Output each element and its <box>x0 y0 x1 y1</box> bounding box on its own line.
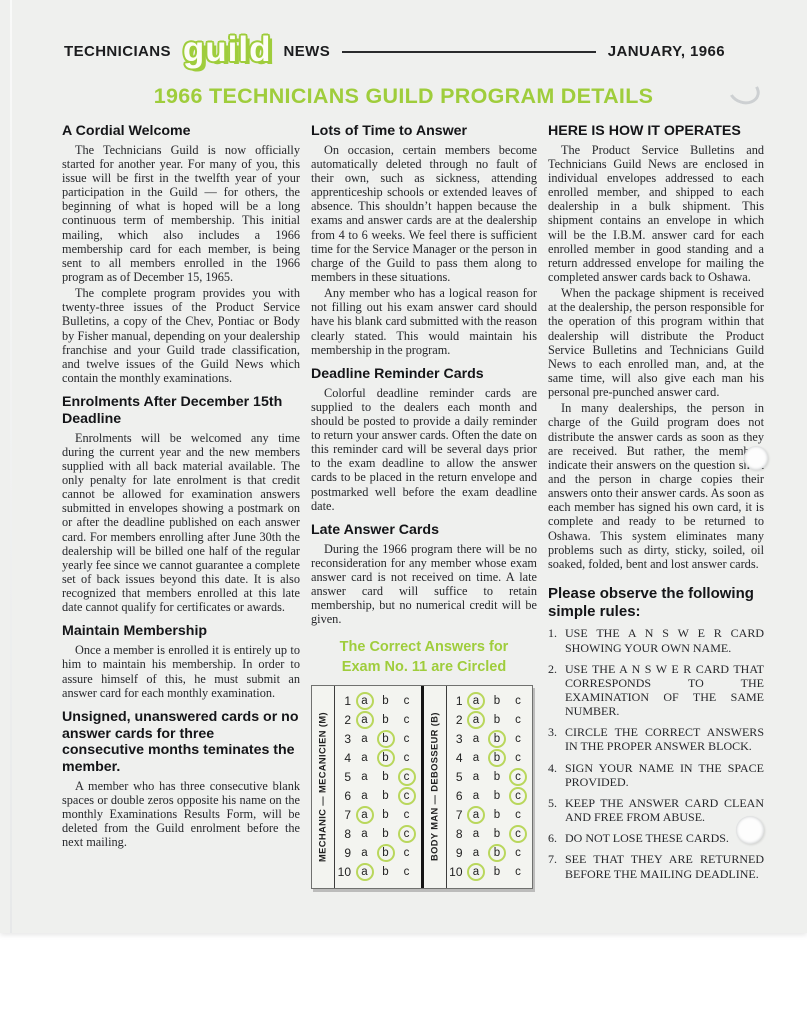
answer-option: c <box>508 752 529 764</box>
answer-option: a <box>466 692 487 710</box>
correct-answer-circle: b <box>377 749 395 767</box>
correct-answer-circle: b <box>488 749 506 767</box>
answer-row: 5abc <box>448 768 531 787</box>
answer-row: 10abc <box>336 863 419 882</box>
answer-letter: c <box>515 714 521 726</box>
answer-letter: a <box>473 771 479 783</box>
punch-hole-artifact <box>736 816 764 844</box>
correct-answer-circle: a <box>356 711 374 729</box>
answer-option: b <box>375 695 396 707</box>
answer-option: c <box>508 866 529 878</box>
answer-option: c <box>396 787 417 805</box>
answer-option: b <box>375 714 396 726</box>
answer-letter: c <box>404 714 410 726</box>
answer-option: c <box>396 714 417 726</box>
correct-answer-circle: c <box>398 768 416 786</box>
rule-number: 5. <box>548 796 565 824</box>
rule-number: 4. <box>548 761 565 789</box>
paragraph: The Technicians Guild is now officially … <box>62 143 300 284</box>
answer-option: c <box>508 695 529 707</box>
answer-block-label: MECHANIC — MECANICIEN (M) <box>312 686 334 888</box>
answer-letter: a <box>361 847 367 859</box>
answer-letter: c <box>404 809 410 821</box>
paper-crease <box>10 0 12 933</box>
answer-option: a <box>466 733 487 745</box>
answer-letter: c <box>404 752 410 764</box>
answer-letter: b <box>494 771 500 783</box>
answer-option: c <box>508 714 529 726</box>
correct-answer-circle: c <box>398 825 416 843</box>
rule-text: CIRCLE THE CORRECT ANSWERS IN THE PROPER… <box>565 725 764 753</box>
answer-letter: a <box>473 828 479 840</box>
rule-item: 2.USE THE A N S W E R CARD THAT CORRESPO… <box>548 662 764 719</box>
answers-heading: The Correct Answers for Exam No. 11 are … <box>311 638 537 677</box>
rule-number: 6. <box>548 831 565 845</box>
question-number: 4 <box>336 751 351 765</box>
rule-item: 3.CIRCLE THE CORRECT ANSWERS IN THE PROP… <box>548 725 764 753</box>
answer-option: a <box>354 771 375 783</box>
answer-option: a <box>354 863 375 881</box>
answer-letter: b <box>382 866 388 878</box>
masthead-news: NEWS <box>284 43 331 60</box>
answer-letter: b <box>494 809 500 821</box>
column-2: Lots of Time to AnswerOn occasion, certa… <box>311 123 537 889</box>
answer-option: b <box>487 828 508 840</box>
correct-answer-circle: c <box>398 787 416 805</box>
answer-letter: c <box>515 809 521 821</box>
answer-option: a <box>466 771 487 783</box>
answer-option: a <box>354 828 375 840</box>
answer-option: c <box>396 809 417 821</box>
masthead-date: JANUARY, 1966 <box>608 43 725 60</box>
page-title: 1966 TECHNICIANS GUILD PROGRAM DETAILS <box>0 84 807 109</box>
answer-option: a <box>466 847 487 859</box>
paragraph: A member who has three consecutive blank… <box>62 779 300 850</box>
columns-container: A Cordial WelcomeThe Technicians Guild i… <box>0 109 807 889</box>
answer-row: 6abc <box>336 787 419 806</box>
rule-item: 5.KEEP THE ANSWER CARD CLEAN AND FREE FR… <box>548 796 764 824</box>
answer-option: b <box>487 866 508 878</box>
question-number: 8 <box>336 827 351 841</box>
answer-option: c <box>396 866 417 878</box>
question-number: 6 <box>448 789 463 803</box>
question-number: 4 <box>448 751 463 765</box>
answer-row: 9abc <box>448 844 531 863</box>
answer-letter: c <box>515 847 521 859</box>
correct-answer-circle: a <box>467 863 485 881</box>
rule-text: SIGN YOUR NAME IN THE SPACE PROVIDED. <box>565 761 764 789</box>
answer-option: b <box>375 866 396 878</box>
answer-letter: b <box>382 828 388 840</box>
answer-option: c <box>508 825 529 843</box>
answer-option: b <box>375 828 396 840</box>
question-number: 6 <box>336 789 351 803</box>
correct-answer-circle: b <box>377 730 395 748</box>
answer-row: 7abc <box>336 806 419 825</box>
masthead-rule <box>342 51 596 53</box>
column-1: A Cordial WelcomeThe Technicians Guild i… <box>62 123 300 889</box>
answer-option: a <box>466 752 487 764</box>
answer-option: b <box>375 790 396 802</box>
answer-letter: c <box>404 847 410 859</box>
answer-letter: a <box>473 733 479 745</box>
answer-letter: b <box>382 714 388 726</box>
answers-heading-line1: The Correct Answers for <box>311 638 537 658</box>
rule-item: 6.DO NOT LOSE THESE CARDS. <box>548 831 764 845</box>
section-heading: Maintain Membership <box>62 623 300 640</box>
question-number: 1 <box>336 694 351 708</box>
question-number: 9 <box>336 846 351 860</box>
answer-letter: a <box>361 790 367 802</box>
correct-answer-circle: b <box>488 730 506 748</box>
answer-block-label: BODY MAN — DEBOSSEUR (B) <box>424 686 446 888</box>
answer-option: a <box>466 806 487 824</box>
answer-option: a <box>466 790 487 802</box>
paragraph: The Product Service Bulletins and Techni… <box>548 143 764 284</box>
rule-text: USE THE A N S W E R CARD SHOWING YOUR OW… <box>565 626 764 654</box>
answer-option: a <box>354 806 375 824</box>
answer-row: 8abc <box>448 825 531 844</box>
correct-answer-circle: a <box>356 806 374 824</box>
answer-option: c <box>396 695 417 707</box>
answer-letter: a <box>361 828 367 840</box>
question-number: 7 <box>448 808 463 822</box>
correct-answer-circle: c <box>509 787 527 805</box>
paragraph: In many dealerships, the person in charg… <box>548 401 764 571</box>
answer-option: c <box>396 733 417 745</box>
answer-option: c <box>508 768 529 786</box>
answer-row: 6abc <box>448 787 531 806</box>
question-number: 2 <box>448 713 463 727</box>
answer-row: 2abc <box>336 711 419 730</box>
answer-option: b <box>375 771 396 783</box>
answer-letter: b <box>382 695 388 707</box>
answer-option: b <box>375 844 396 862</box>
answer-option: b <box>375 809 396 821</box>
answer-letter: b <box>494 866 500 878</box>
answer-option: a <box>466 828 487 840</box>
answer-card: MECHANIC — MECANICIEN (M)1abc2abc3abc4ab… <box>311 685 533 889</box>
question-number: 10 <box>448 865 463 879</box>
answer-option: b <box>487 771 508 783</box>
answers-heading-line2: Exam No. 11 are Circled <box>311 658 537 678</box>
answer-letter: a <box>473 752 479 764</box>
column-2-sections: Lots of Time to AnswerOn occasion, certa… <box>311 123 537 626</box>
correct-answer-circle: a <box>467 806 485 824</box>
answer-letter: b <box>494 828 500 840</box>
answer-option: a <box>354 711 375 729</box>
answer-row: 4abc <box>336 749 419 768</box>
answer-option: b <box>487 714 508 726</box>
correct-answer-circle: c <box>509 768 527 786</box>
column-1-sections: A Cordial WelcomeThe Technicians Guild i… <box>62 123 300 849</box>
answer-option: a <box>466 711 487 729</box>
answer-row: 7abc <box>448 806 531 825</box>
rules-list: 1.USE THE A N S W E R CARD SHOWING YOUR … <box>548 626 764 880</box>
answer-option: c <box>508 787 529 805</box>
answer-letter: a <box>361 771 367 783</box>
answer-row: 5abc <box>336 768 419 787</box>
answer-row: 4abc <box>448 749 531 768</box>
correct-answer-circle: a <box>356 692 374 710</box>
paragraph: During the 1966 program there will be no… <box>311 542 537 627</box>
section-heading: HERE IS HOW IT OPERATES <box>548 123 764 140</box>
answer-option: a <box>354 733 375 745</box>
masthead: TECHNICIANS guild NEWS JANUARY, 1966 <box>0 0 807 69</box>
answer-row: 10abc <box>448 863 531 882</box>
answer-option: a <box>354 790 375 802</box>
column-3: HERE IS HOW IT OPERATESThe Product Servi… <box>548 123 764 889</box>
rule-text: USE THE A N S W E R CARD THAT CORRESPOND… <box>565 662 764 719</box>
answer-letter: b <box>494 714 500 726</box>
answer-option: b <box>375 730 396 748</box>
paragraph: Any member who has a logical reason for … <box>311 286 537 357</box>
correct-answer-circle: a <box>467 692 485 710</box>
answer-option: c <box>396 768 417 786</box>
answer-row: 9abc <box>336 844 419 863</box>
masthead-technicians: TECHNICIANS <box>64 43 171 60</box>
answer-option: b <box>487 809 508 821</box>
answer-letter: c <box>515 866 521 878</box>
answer-option: a <box>354 752 375 764</box>
answer-letter: c <box>404 733 410 745</box>
question-number: 9 <box>448 846 463 860</box>
answer-row: 2abc <box>448 711 531 730</box>
answer-option: a <box>466 863 487 881</box>
answer-row: 1abc <box>448 692 531 711</box>
punch-hole-artifact <box>744 446 768 470</box>
section-heading: Unsigned, unanswered cards or no answer … <box>62 709 300 776</box>
answer-letter: a <box>473 847 479 859</box>
paragraph: Once a member is enrolled it is entirely… <box>62 643 300 700</box>
question-number: 5 <box>448 770 463 784</box>
answer-option: c <box>508 847 529 859</box>
answer-option: b <box>487 749 508 767</box>
answer-letter: b <box>494 695 500 707</box>
answer-letter: b <box>382 790 388 802</box>
answer-option: c <box>396 825 417 843</box>
answer-block: BODY MAN — DEBOSSEUR (B)1abc2abc3abc4abc… <box>421 686 533 888</box>
newsletter-page: TECHNICIANS guild NEWS JANUARY, 1966 196… <box>0 0 807 933</box>
answer-letter: b <box>382 771 388 783</box>
correct-answer-circle: b <box>488 844 506 862</box>
rule-text: SEE THAT THEY ARE RETURNED BEFORE THE MA… <box>565 852 764 880</box>
guild-logo: guild <box>183 32 272 67</box>
answer-letter: c <box>515 695 521 707</box>
rules-heading: Please observe the following simple rule… <box>548 585 764 620</box>
answer-row: 1abc <box>336 692 419 711</box>
answer-option: b <box>375 749 396 767</box>
answer-option: b <box>487 730 508 748</box>
answer-option: b <box>487 844 508 862</box>
question-number: 5 <box>336 770 351 784</box>
answer-letter: a <box>361 733 367 745</box>
answer-option: b <box>487 695 508 707</box>
answer-option: c <box>396 847 417 859</box>
question-number: 10 <box>336 865 351 879</box>
section-heading: Deadline Reminder Cards <box>311 366 537 383</box>
answer-option: c <box>396 752 417 764</box>
answer-letter: b <box>382 809 388 821</box>
answer-rows: 1abc2abc3abc4abc5abc6abc7abc8abc9abc10ab… <box>334 686 421 888</box>
section-heading: A Cordial Welcome <box>62 123 300 140</box>
question-number: 3 <box>448 732 463 746</box>
answer-option: a <box>354 847 375 859</box>
section-heading: Late Answer Cards <box>311 522 537 539</box>
answer-letter: b <box>494 790 500 802</box>
correct-answer-circle: a <box>356 863 374 881</box>
rule-item: 1.USE THE A N S W E R CARD SHOWING YOUR … <box>548 626 764 654</box>
rule-item: 4.SIGN YOUR NAME IN THE SPACE PROVIDED. <box>548 761 764 789</box>
answer-letter: c <box>404 695 410 707</box>
answer-letter: c <box>515 752 521 764</box>
correct-answer-circle: c <box>509 825 527 843</box>
rule-text: KEEP THE ANSWER CARD CLEAN AND FREE FROM… <box>565 796 764 824</box>
paragraph: The complete program provides you with t… <box>62 286 300 385</box>
rule-number: 7. <box>548 852 565 880</box>
question-number: 1 <box>448 694 463 708</box>
question-number: 8 <box>448 827 463 841</box>
answer-option: a <box>354 692 375 710</box>
question-number: 7 <box>336 808 351 822</box>
answer-letter: c <box>404 866 410 878</box>
answer-letter: c <box>515 733 521 745</box>
answer-option: c <box>508 733 529 745</box>
answer-row: 3abc <box>448 730 531 749</box>
question-number: 3 <box>336 732 351 746</box>
question-number: 2 <box>336 713 351 727</box>
paragraph: When the package shipment is received at… <box>548 286 764 399</box>
answer-block: MECHANIC — MECANICIEN (M)1abc2abc3abc4ab… <box>312 686 421 888</box>
section-heading: Lots of Time to Answer <box>311 123 537 140</box>
answer-rows: 1abc2abc3abc4abc5abc6abc7abc8abc9abc10ab… <box>446 686 533 888</box>
answer-option: c <box>508 809 529 821</box>
rule-number: 1. <box>548 626 565 654</box>
column-3-sections: HERE IS HOW IT OPERATESThe Product Servi… <box>548 123 764 571</box>
section-heading: Enrolments After December 15th Deadline <box>62 394 300 428</box>
rule-item: 7.SEE THAT THEY ARE RETURNED BEFORE THE … <box>548 852 764 880</box>
paragraph: Enrolments will be welcomed any time dur… <box>62 431 300 615</box>
rule-number: 3. <box>548 725 565 753</box>
answer-row: 3abc <box>336 730 419 749</box>
rule-number: 2. <box>548 662 565 719</box>
paragraph: On occasion, certain members become auto… <box>311 143 537 284</box>
answer-letter: a <box>361 752 367 764</box>
correct-answer-circle: a <box>467 711 485 729</box>
answer-row: 8abc <box>336 825 419 844</box>
rule-text: DO NOT LOSE THESE CARDS. <box>565 831 764 845</box>
answer-letter: a <box>473 790 479 802</box>
answer-option: b <box>487 790 508 802</box>
paragraph: Colorful deadline reminder cards are sup… <box>311 386 537 513</box>
correct-answer-circle: b <box>377 844 395 862</box>
